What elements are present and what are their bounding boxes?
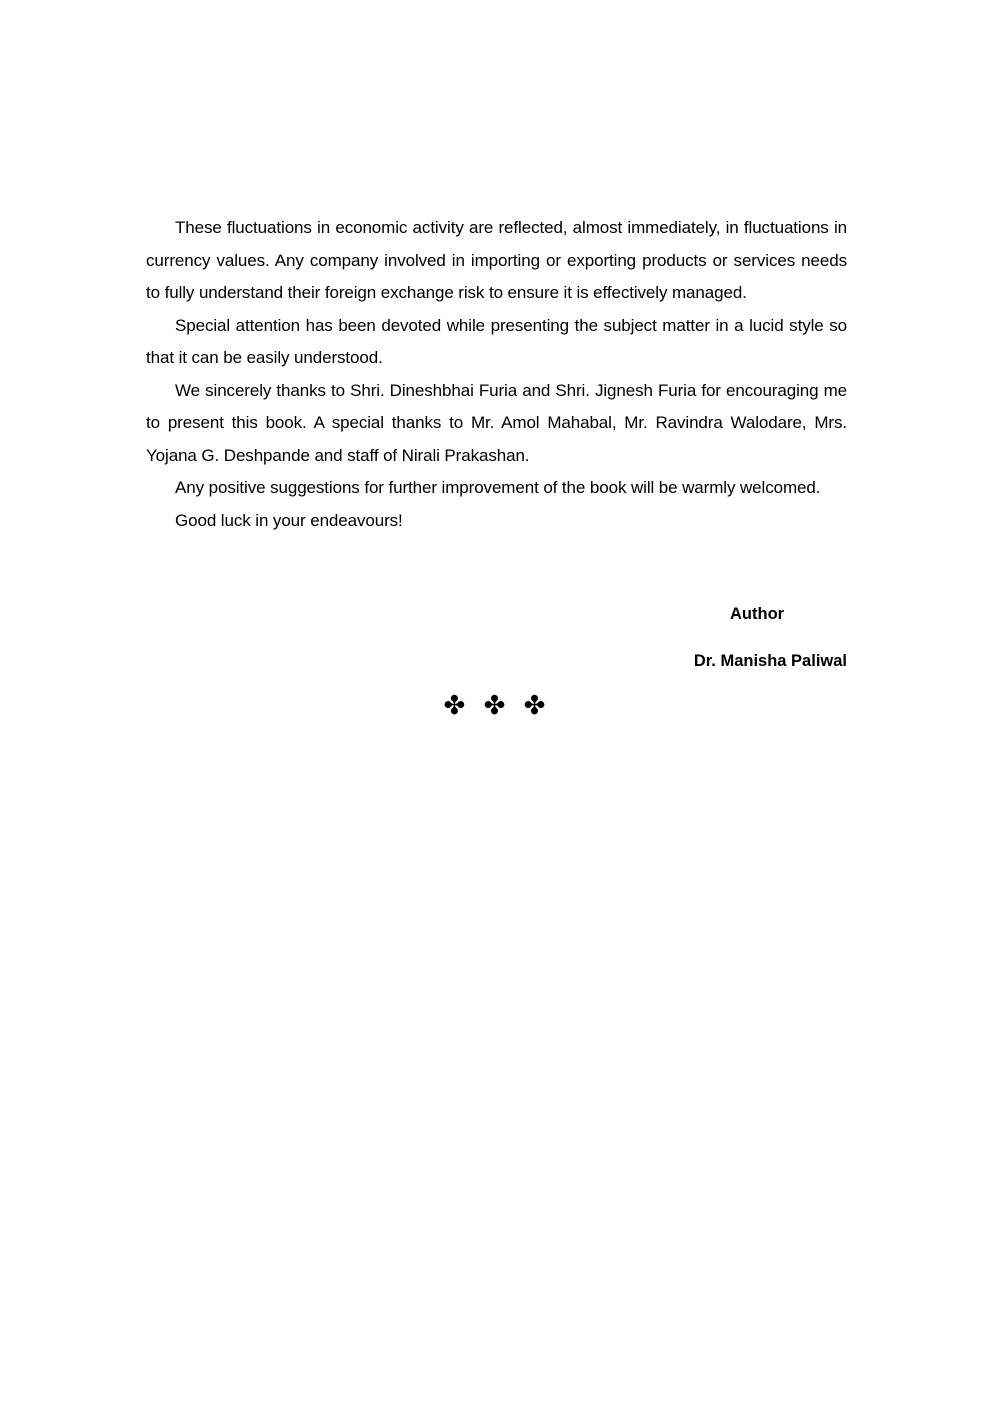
four-balloon-asterisk-icon: ✤	[524, 690, 550, 722]
paragraph-currency-fluctuations: These fluctuations in economic activity …	[146, 212, 847, 310]
preface-page: These fluctuations in economic activity …	[146, 212, 847, 537]
paragraph-good-luck: Good luck in your endeavours!	[146, 505, 847, 538]
paragraph-suggestions: Any positive suggestions for further imp…	[146, 472, 847, 505]
paragraph-acknowledgements: We sincerely thanks to Shri. Dineshbhai …	[146, 375, 847, 473]
four-balloon-asterisk-icon: ✤	[484, 690, 510, 722]
four-balloon-asterisk-icon: ✤	[444, 690, 470, 722]
paragraph-lucid-style: Special attention has been devoted while…	[146, 310, 847, 375]
signature-role: Author	[730, 602, 784, 626]
signature-name: Dr. Manisha Paliwal	[694, 649, 847, 673]
section-end-ornament: ✤ ✤ ✤	[146, 690, 847, 722]
